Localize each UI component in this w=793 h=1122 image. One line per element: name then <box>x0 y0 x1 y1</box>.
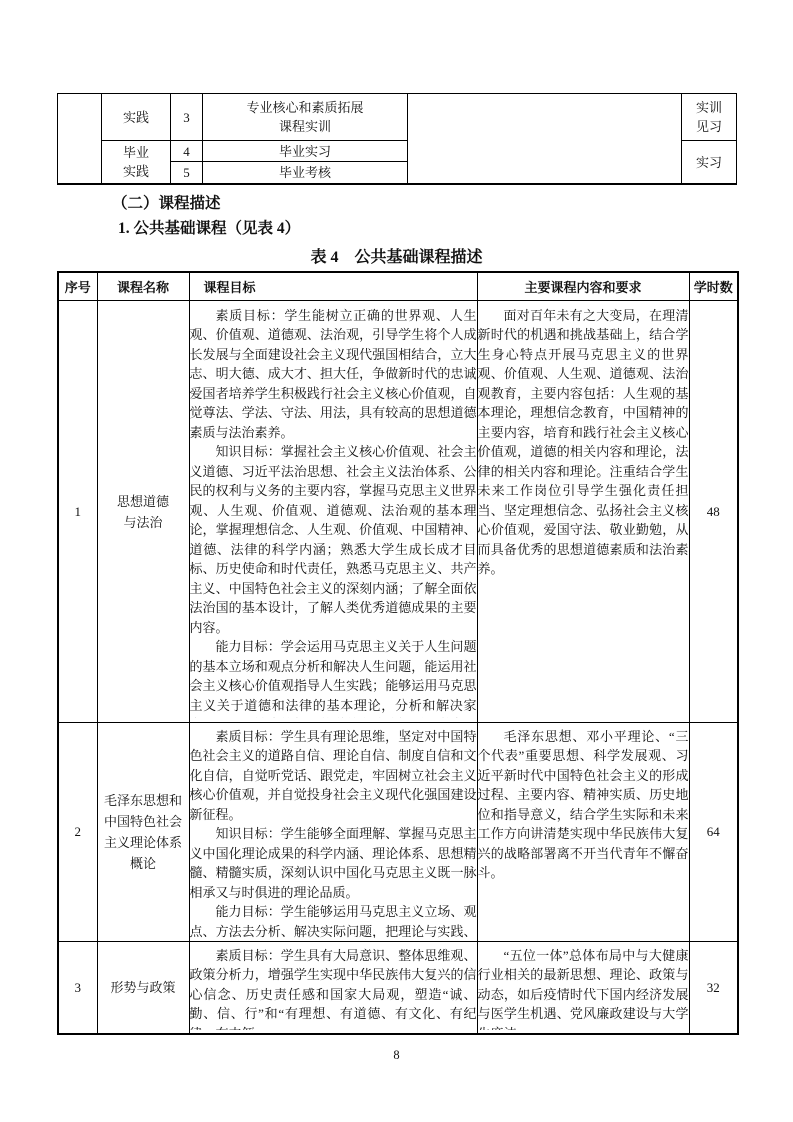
prev-table-empty-left-cell <box>58 94 102 183</box>
hours-value: 48 <box>689 301 738 723</box>
course-objectives-cell: 素质目标：学生具有理论思维，坚定对中国特色社会主义的道路自信、理论自信、制度自信… <box>189 723 477 942</box>
subsection-heading: 1. 公共基础课程（见表 4） <box>118 216 300 238</box>
header-no: 序号 <box>58 272 97 301</box>
objective-paragraph: 素质目标：学生具有理论思维，坚定对中国特色社会主义的道路自信、理论自信、制度自信… <box>190 727 477 825</box>
course-content-cell: “五位一体”总体布局中与大健康行业相关的最新思想、理论、政策与动态，如后疫情时代… <box>477 942 689 1035</box>
objective-paragraph: 知识目标：掌握社会主义核心价值观、社会主义道德、习近平法治思想、社会主义法治体系… <box>190 442 477 637</box>
content-paragraph: 面对百年未有之大变局，在理清新时代的机遇和挑战基础上，结合学生身心特点开展马克思… <box>478 306 689 579</box>
row-number: 1 <box>58 301 97 723</box>
prev-table-row-num-5: 5 <box>171 162 203 183</box>
prev-table-note-internship: 实习 <box>682 141 736 183</box>
header-hours: 学时数 <box>689 272 738 301</box>
course-name: 思想道德 与法治 <box>97 301 189 723</box>
hours-value: 64 <box>689 723 738 942</box>
prev-table-course-graduation-assessment: 毕业考核 <box>203 162 408 183</box>
document-page: 实践 毕业 实践 3 4 5 专业核心和素质拓展 课程实训 毕业实习 毕业考核 … <box>0 0 793 1122</box>
header-objectives: 课程目标 <box>189 272 477 301</box>
prev-table-group-graduation-practice: 毕业 实践 <box>102 141 171 183</box>
content-paragraph: 毛泽东思想、邓小平理论、“三个代表”重要思想、科学发展观、习近平新时代中国特色社… <box>478 727 689 883</box>
prev-table-course-graduation-internship: 毕业实习 <box>203 141 408 162</box>
prev-table-empty-wide-cell <box>408 94 682 183</box>
prev-table-row-num-3: 3 <box>171 94 203 141</box>
hours-value: 32 <box>689 942 738 1035</box>
content-paragraph: “五位一体”总体布局中与大健康行业相关的最新思想、理论、政策与动态，如后疫情时代… <box>478 946 689 1030</box>
row-number: 3 <box>58 942 97 1035</box>
course-name: 毛泽东思想和 中国特色社会 主义理论体系 概论 <box>97 723 189 942</box>
course-objectives-cell: 素质目标：学生具有大局意识、整体思维观、政策分析力，增强学生实现中华民族伟大复兴… <box>189 942 477 1035</box>
objective-paragraph: 能力目标：学会运用马克思主义关于人生问题的基本立场和观点分析和解决人生问题，能运… <box>190 637 477 718</box>
course-content-cell: 面对百年未有之大变局，在理清新时代的机遇和挑战基础上，结合学生身心特点开展马克思… <box>477 301 689 723</box>
table-row: 3 形势与政策 素质目标：学生具有大局意识、整体思维观、政策分析力，增强学生实现… <box>58 942 738 1035</box>
objective-paragraph: 素质目标：学生能树立正确的世界观、人生观、价值观、道德观、法治观，引导学生将个人… <box>190 306 477 443</box>
objective-paragraph: 知识目标：学生能够全面理解、掌握马克思主义中国化理论成果的科学内涵、理论体系、思… <box>190 824 477 902</box>
objective-paragraph: 素质目标：学生具有大局意识、整体思维观、政策分析力，增强学生实现中华民族伟大复兴… <box>190 946 477 1030</box>
course-content-cell: 毛泽东思想、邓小平理论、“三个代表”重要思想、科学发展观、习近平新时代中国特色社… <box>477 723 689 942</box>
course-objectives-cell: 素质目标：学生能树立正确的世界观、人生观、价值观、道德观、法治观，引导学生将个人… <box>189 301 477 723</box>
prev-table-note-training-observation: 实训 见习 <box>682 94 736 141</box>
page-number: 8 <box>0 1048 793 1063</box>
table-row: 1 思想道德 与法治 素质目标：学生能树立正确的世界观、人生观、价值观、道德观、… <box>58 301 738 723</box>
header-course-name: 课程名称 <box>97 272 189 301</box>
main-table: 序号 课程名称 课程目标 主要课程内容和要求 学时数 1 思想道德 与法治 素质… <box>57 271 739 1035</box>
prev-table-group-practice: 实践 <box>102 94 171 141</box>
objective-paragraph: 能力目标：学生能够运用马克思主义立场、观点、方法去分析、解决实际问题，把理论与实… <box>190 902 477 938</box>
table-row: 2 毛泽东思想和 中国特色社会 主义理论体系 概论 素质目标：学生具有理论思维，… <box>58 723 738 942</box>
course-name: 形势与政策 <box>97 942 189 1035</box>
row-number: 2 <box>58 723 97 942</box>
prev-table-row-num-4: 4 <box>171 141 203 162</box>
header-content: 主要课程内容和要求 <box>477 272 689 301</box>
section-heading: （二）课程描述 <box>112 191 221 213</box>
table-caption: 表 4 公共基础课程描述 <box>0 244 793 267</box>
prev-table: 实践 毕业 实践 3 4 5 专业核心和素质拓展 课程实训 毕业实习 毕业考核 … <box>57 93 737 185</box>
prev-table-course-core-training: 专业核心和素质拓展 课程实训 <box>203 94 408 141</box>
main-table-header-row: 序号 课程名称 课程目标 主要课程内容和要求 学时数 <box>58 272 738 301</box>
